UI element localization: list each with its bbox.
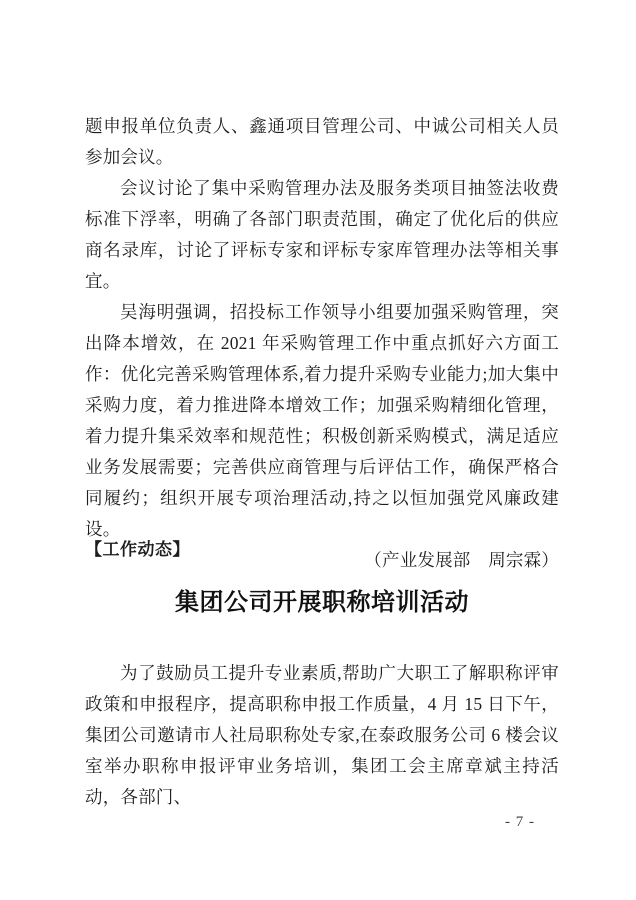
article-body-paragraph: 为了鼓励员工提升专业素质,帮助广大职工了解职称评审政策和申报程序，提高职称申报工… xyxy=(85,658,559,813)
continuation-paragraph: 题申报单位负责人、鑫通项目管理公司、中诚公司相关人员参加会议。 xyxy=(85,111,559,173)
emphasis-paragraph: 吴海明强调，招投标工作领导小组要加强采购管理，突出降本增效，在 2021 年采购… xyxy=(85,297,559,545)
meeting-summary-paragraph: 会议讨论了集中采购管理办法及服务类项目抽签法收费标准下浮率，明确了各部门职责范围… xyxy=(85,173,559,297)
section-header: 【工作动态】 xyxy=(85,538,190,562)
main-text-block: 题申报单位负责人、鑫通项目管理公司、中诚公司相关人员参加会议。 会议讨论了集中采… xyxy=(85,111,559,576)
document-page: 题申报单位负责人、鑫通项目管理公司、中诚公司相关人员参加会议。 会议讨论了集中采… xyxy=(0,0,636,900)
article-title: 集团公司开展职称培训活动 xyxy=(85,586,559,620)
page-number: - 7 - xyxy=(460,812,580,832)
